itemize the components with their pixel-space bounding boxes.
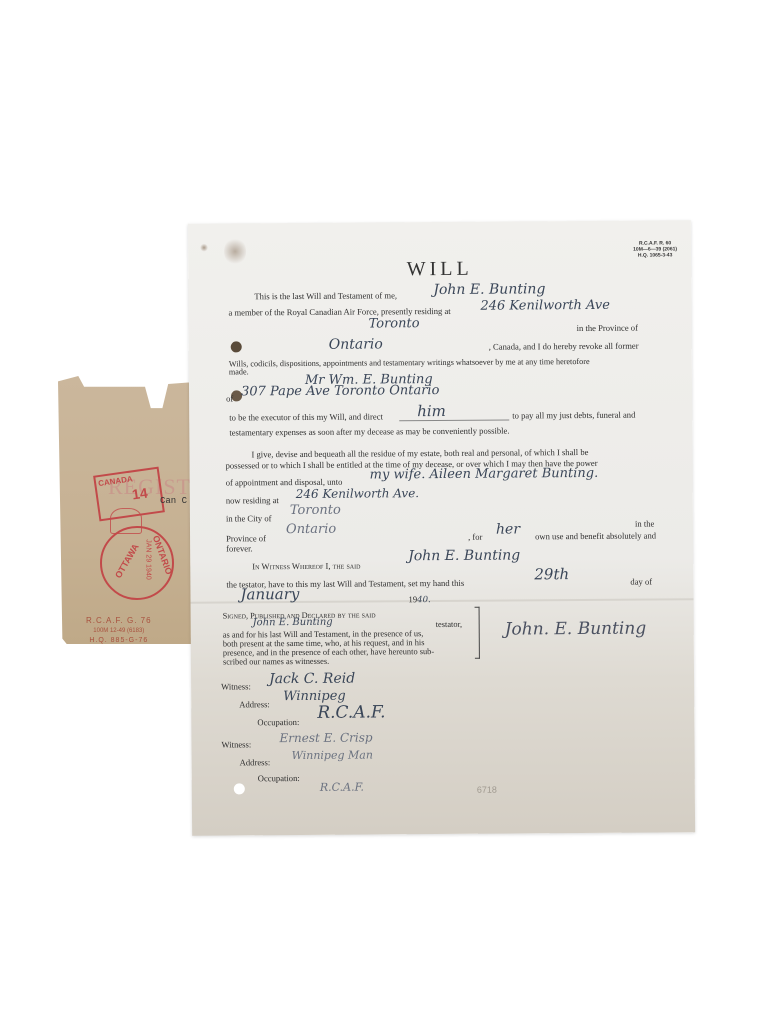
executor-pronoun: him <box>417 402 446 420</box>
witness-1-occupation-label: Occupation: <box>257 717 299 727</box>
will-document: R.C.A.F. R. 60 10M—6—39 (2061) H.Q. 1065… <box>188 220 695 835</box>
witness-2-address: Winnipeg Man <box>292 748 373 762</box>
stain <box>200 244 208 252</box>
envelope: REGISTER CANADA 14 Can C 1 OTTAWA JAN 29… <box>58 376 203 644</box>
beneficiary: my wife. Aileen Margaret Bunting. <box>370 466 599 483</box>
executor-text: to be the executor of this my Will, and … <box>229 411 383 422</box>
document-title: WILL <box>188 256 691 283</box>
punch-hole <box>231 341 242 352</box>
signed-name: John E. Bunting <box>253 617 333 629</box>
made-text: made. <box>229 367 249 376</box>
circular-postmark: OTTAWA JAN 29 1940 ONTARIO <box>100 526 174 600</box>
witness-1-address-label: Address: <box>239 699 270 709</box>
residence-city: Toronto <box>369 316 420 331</box>
pronoun-her: her <box>496 521 520 537</box>
witness-2-label: Witness: <box>221 739 251 749</box>
year-value: 1940. <box>408 594 430 605</box>
envelope-form-code: R.C.A.F. G. 76 100M 12-49 (6183) H.Q. 88… <box>86 616 152 646</box>
province-label: in the Province of <box>577 323 638 333</box>
witness-1-name: Jack C. Reid <box>269 671 355 688</box>
debts-text: to pay all my just debts, funeral and <box>512 410 635 421</box>
testator-name: John E. Bunting <box>433 281 545 298</box>
beneficiary-address: 246 Kenilworth Ave. <box>296 486 419 501</box>
for-label: , for <box>468 532 482 542</box>
day-of-label: day of <box>630 577 652 587</box>
beneficiary-province: Ontario <box>286 522 336 537</box>
underline <box>399 420 509 422</box>
witness-whereof-text: In Witness Whereof I, the said <box>252 561 360 572</box>
in-the-label: in the <box>635 519 654 529</box>
executor-address: 307 Pape Ave Toronto Ontario <box>241 383 439 399</box>
month-value: January <box>240 585 299 603</box>
expenses-text: testamentary expenses as soon after my d… <box>229 426 509 438</box>
now-residing-label: now residing at <box>226 495 279 505</box>
witness-1-occupation: R.C.A.F. <box>317 702 385 722</box>
residence-street: 246 Kenilworth Ave <box>480 298 610 314</box>
testator-signature: John. E. Bunting <box>505 619 647 640</box>
witness-2-occupation-label: Occupation: <box>258 773 300 783</box>
of-label: of <box>226 393 233 403</box>
witness-whereof-name: John E. Bunting <box>408 547 520 564</box>
witness-2-name: Ernest E. Crisp <box>279 730 372 745</box>
beneficiary-city: Toronto <box>290 503 341 518</box>
city-label: in the City of <box>226 513 272 523</box>
faint-number: 6718 <box>477 785 497 795</box>
forever-text: forever. <box>226 543 253 553</box>
revoke-text-2: Wills, codicils, dispositions, appointme… <box>229 357 590 369</box>
province-of-label: Province of <box>226 533 266 543</box>
witness-1-label: Witness: <box>221 681 251 691</box>
revoke-text: , Canada, and I do hereby revoke all for… <box>489 341 639 352</box>
punch-hole <box>234 783 245 794</box>
own-use-text: own use and benefit absolutely and <box>535 531 656 542</box>
bracket <box>475 607 480 659</box>
testator-label: testator, <box>436 620 462 629</box>
day-value: 29th <box>534 565 569 583</box>
witness-2-address-label: Address: <box>240 757 271 767</box>
witness-2-occupation: R.C.A.F. <box>320 781 364 794</box>
residence-province: Ontario <box>329 336 383 352</box>
signed-text-5: scribed our names as witnesses. <box>223 657 329 667</box>
intro-text: This is the last Will and Testament of m… <box>254 290 397 301</box>
